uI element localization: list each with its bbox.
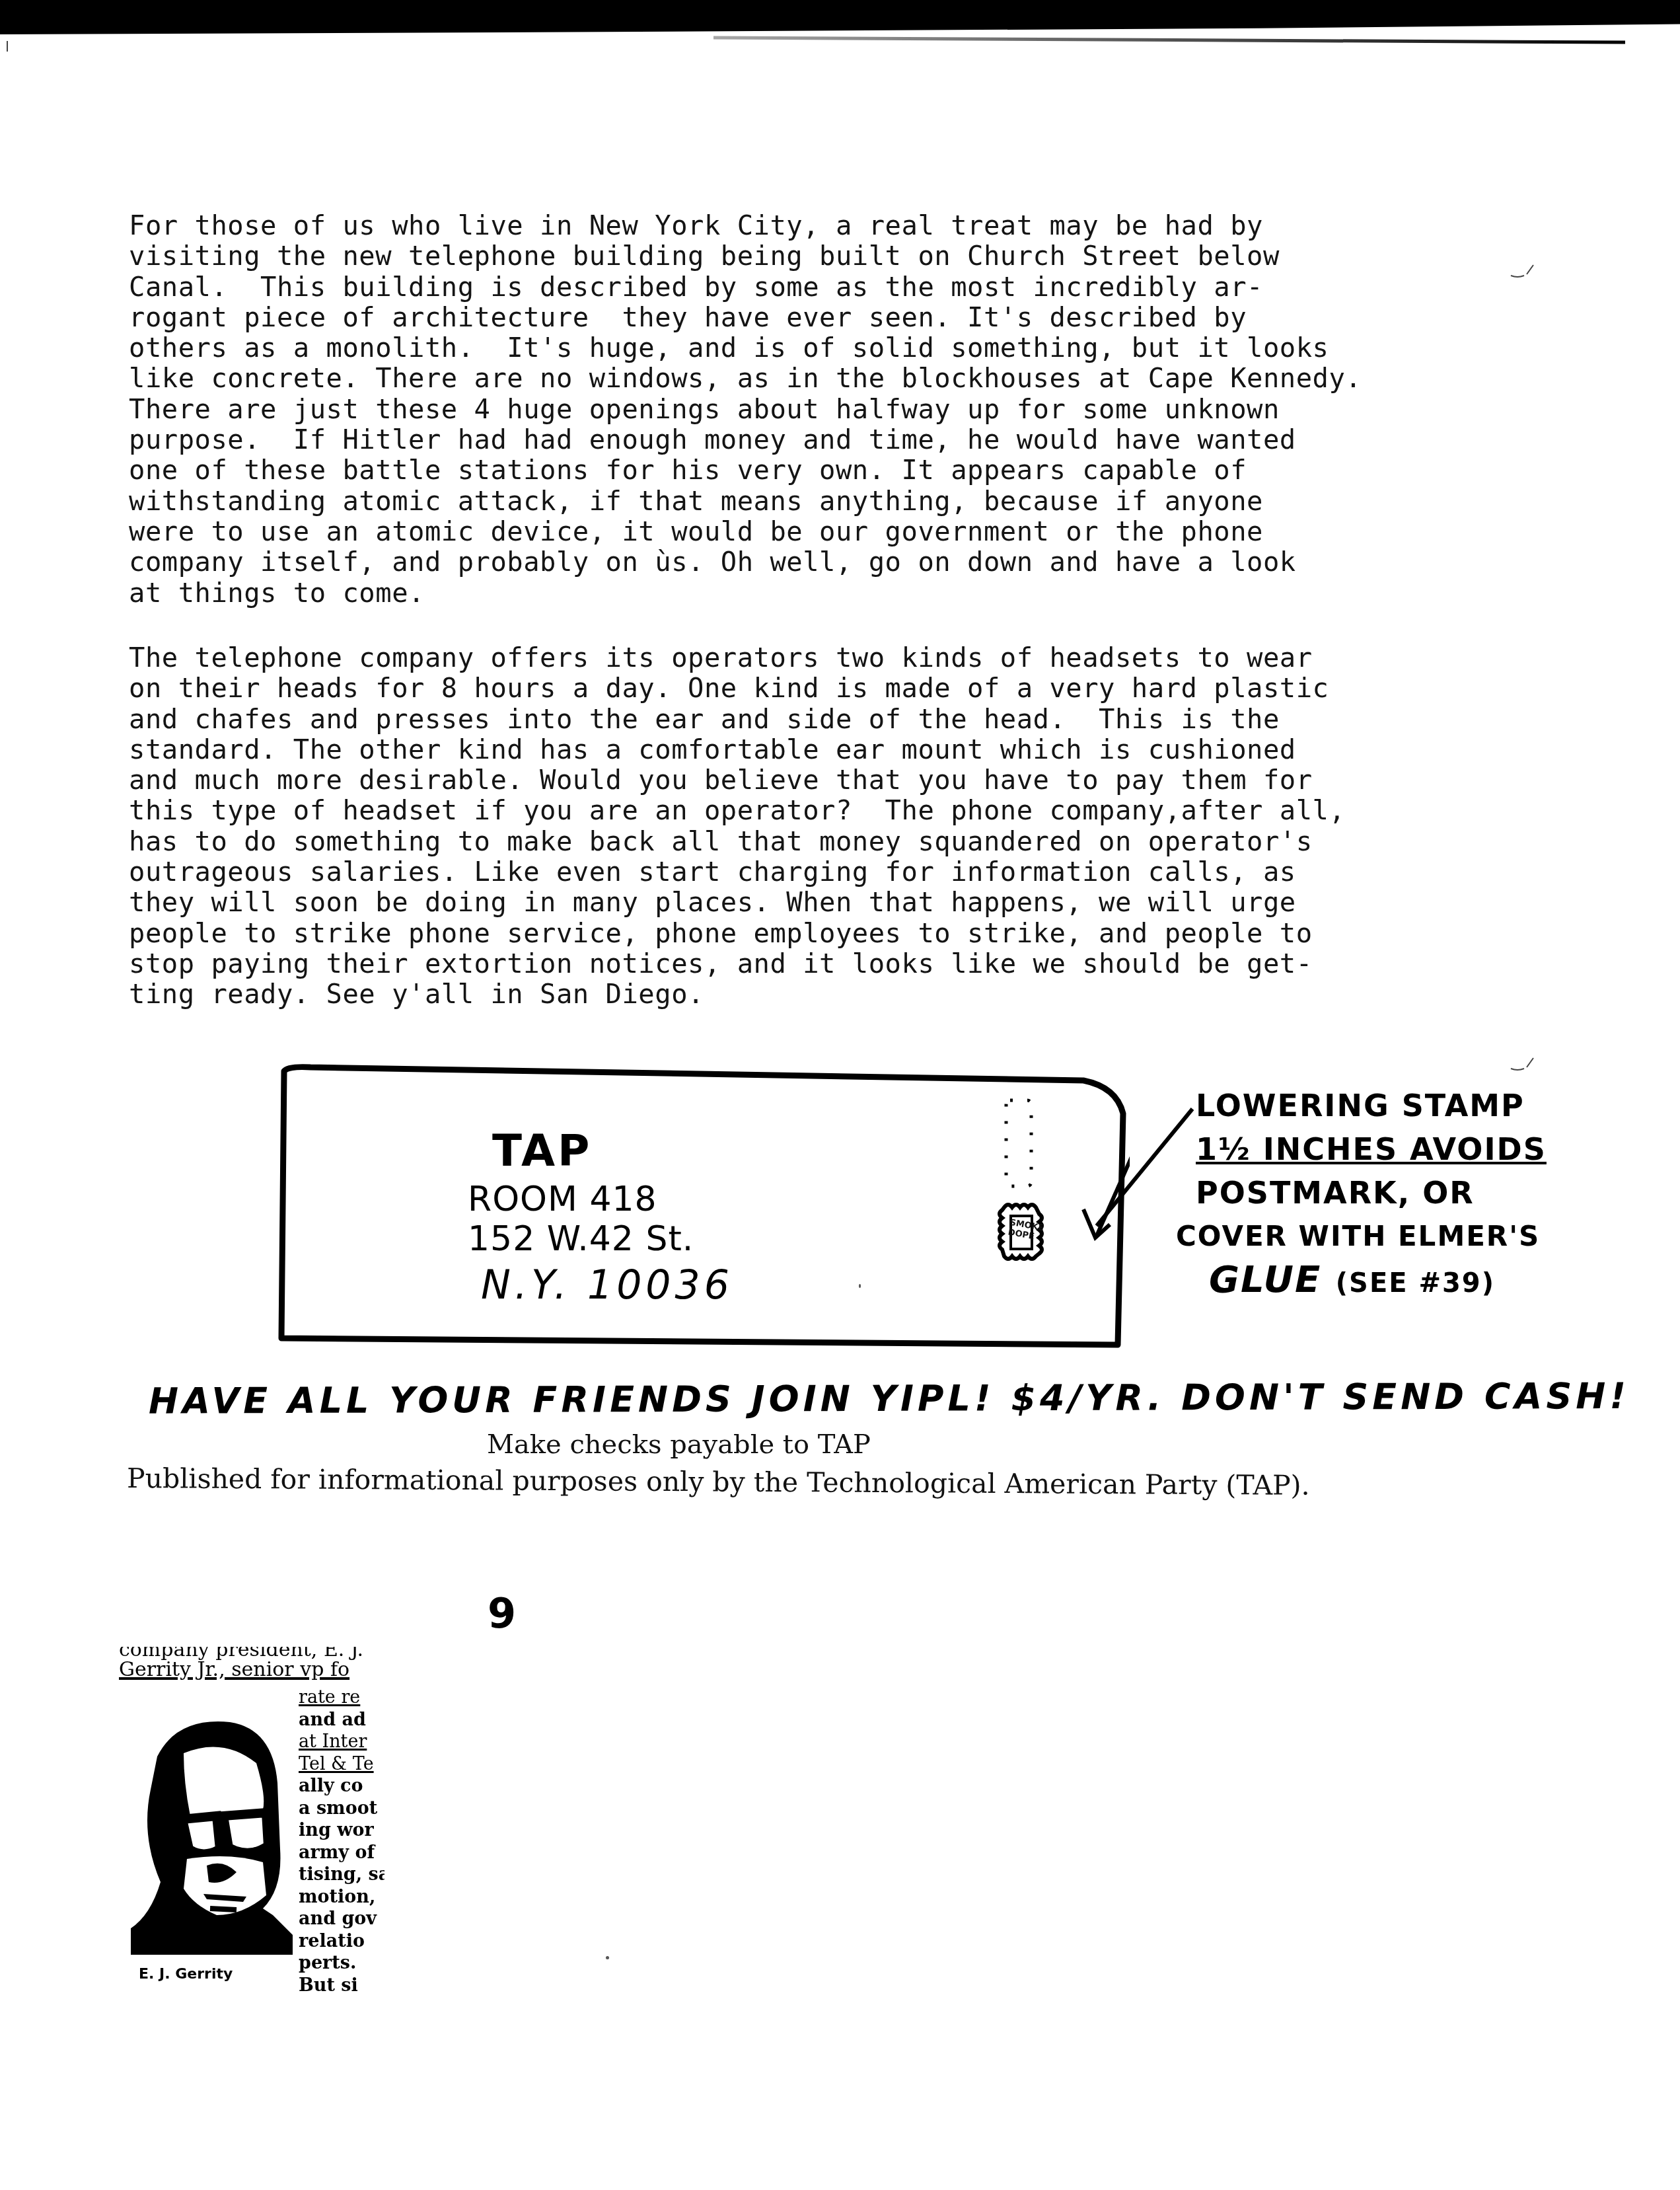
note-line: 1½ INCHES AVOIDS (1196, 1127, 1539, 1171)
dashed-stamp-outline-icon (1006, 1100, 1031, 1186)
note-line: COVER WITH ELMER'S (1176, 1215, 1539, 1258)
clipping-column-line: But si (299, 1975, 384, 1997)
note-line: GLUE (SEE #39) (1209, 1258, 1539, 1305)
note-reference: (SEE #39) (1336, 1268, 1495, 1299)
handwritten-stamp-note: LOWERING STAMP 1½ INCHES AVOIDS POSTMARK… (1196, 1084, 1539, 1305)
clipping-column-line: relatio (299, 1930, 384, 1953)
scan-speck (606, 1956, 609, 1959)
pencil-check-mark-icon (1510, 261, 1536, 281)
note-line: LOWERING STAMP (1196, 1084, 1539, 1127)
clipping-column-line: a smoot (299, 1797, 384, 1820)
page-number: 9 (488, 1589, 516, 1638)
clipping-column-line: army of (299, 1842, 384, 1864)
scan-edge-line (713, 36, 1625, 44)
scan-speck (859, 1284, 861, 1288)
clipping-column-line: rate re (299, 1686, 384, 1709)
portrait-caption: E. J. Gerrity (139, 1966, 233, 1982)
paragraph-operator-headsets: The telephone company offers its operato… (129, 642, 1536, 1010)
scan-mark (7, 41, 8, 52)
checks-payable-line: Make checks payable to TAP (487, 1429, 871, 1460)
clipping-column-line: ing wor (299, 1819, 384, 1842)
clipping-header: company president, E. J. (119, 1639, 383, 1661)
note-glue: GLUE (1209, 1258, 1321, 1301)
clipping-column-line: ally co (299, 1775, 384, 1797)
mailing-envelope-drawing: TAP ROOM 418 152 W.42 St. N.Y. 10036 SMO… (271, 1061, 1130, 1361)
envelope-address-street: 152 W.42 St. (468, 1219, 694, 1259)
stamp-label: SMOKE DOPE (1007, 1218, 1031, 1241)
publisher-line: Published for informational purposes onl… (127, 1462, 1310, 1501)
envelope-addressee: TAP (492, 1125, 592, 1176)
paragraph-telephone-building: For those of us who live in New York Cit… (129, 210, 1536, 608)
envelope-address-room: ROOM 418 (468, 1180, 657, 1219)
clipping-header: Gerrity Jr., senior vp fo (119, 1659, 383, 1681)
portrait-photo-icon (131, 1717, 296, 1955)
clipping-column-line: Tel & Te (299, 1753, 384, 1776)
clipping-column-line: perts. (299, 1952, 384, 1975)
envelope-address-city-zip: N.Y. 10036 (481, 1262, 733, 1308)
newspaper-clipping: company president, E. J. Gerrity Jr., se… (119, 1639, 396, 2022)
clipping-column-line: and ad (299, 1709, 384, 1731)
clipping-column-line: tising, sa (299, 1864, 384, 1886)
note-line: POSTMARK, OR (1196, 1171, 1539, 1215)
pointer-line-icon (1083, 1097, 1202, 1229)
clipping-column-text: rate reand adat InterTel & Teally coa sm… (299, 1686, 384, 1996)
clipping-column-line: motion, (299, 1886, 384, 1908)
scan-top-border (0, 0, 1680, 34)
envelope-outline-icon (271, 1061, 1130, 1361)
clipping-column-line: at Inter (299, 1731, 384, 1753)
handwritten-slogan: HAVE ALL YOUR FRIENDS JOIN YIPL! $4/YR. … (149, 1375, 1576, 1422)
clipping-column-line: and gov (299, 1908, 384, 1930)
pencil-check-mark-icon (1510, 1054, 1536, 1074)
